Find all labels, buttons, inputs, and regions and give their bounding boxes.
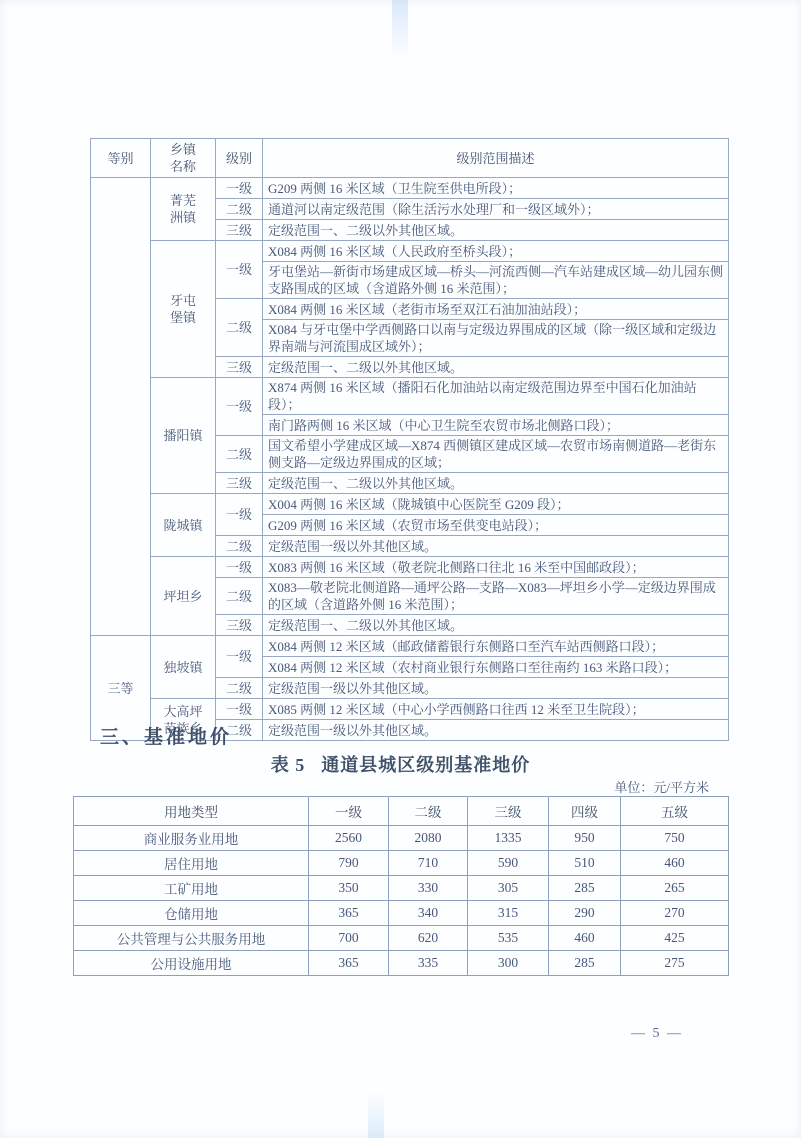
section-heading: 三、基准地价 <box>100 722 232 749</box>
level-3-column-header: 三级 <box>468 797 549 826</box>
price-cell: 620 <box>389 926 468 951</box>
level-2-column-header: 二级 <box>389 797 468 826</box>
description-cell: X083—敬老院北侧道路—通坪公路—支路—X083—坪坦乡小学—定级边界围成的区… <box>263 578 729 615</box>
table-row: 坪坦乡 一级 X083 两侧 16 米区域（敬老院北侧路口往北 16 米至中国邮… <box>91 557 729 578</box>
scan-streak-artifact <box>368 1092 384 1138</box>
land-type-cell: 公共管理与公共服务用地 <box>74 926 309 951</box>
description-cell: X084 两侧 12 米区域（邮政储蓄银行东侧路口至汽车站西侧路口段）； <box>263 636 729 657</box>
price-cell: 270 <box>621 901 729 926</box>
price-cell: 365 <box>309 951 389 976</box>
level-cell: 二级 <box>216 578 263 615</box>
land-type-cell: 工矿用地 <box>74 876 309 901</box>
table-row: 三等 独坡镇 一级 X084 两侧 12 米区域（邮政储蓄银行东侧路口至汽车站西… <box>91 636 729 657</box>
price-cell: 315 <box>468 901 549 926</box>
price-cell: 425 <box>621 926 729 951</box>
level-cell: 二级 <box>216 199 263 220</box>
price-cell: 340 <box>389 901 468 926</box>
price-cell: 305 <box>468 876 549 901</box>
price-cell: 590 <box>468 851 549 876</box>
description-cell: 定级范围一、二级以外其他区域。 <box>263 357 729 378</box>
township-cell: 陇城镇 <box>151 494 216 557</box>
scan-streak-artifact <box>392 0 408 58</box>
price-cell: 265 <box>621 876 729 901</box>
township-cell: 牙屯 堡镇 <box>151 241 216 378</box>
description-cell: X004 两侧 16 米区域（陇城镇中心医院至 G209 段）； <box>263 494 729 515</box>
price-cell: 1335 <box>468 826 549 851</box>
price-cell: 290 <box>549 901 621 926</box>
description-cell: 定级范围一、二级以外其他区域。 <box>263 220 729 241</box>
description-cell: 定级范围一、二级以外其他区域。 <box>263 473 729 494</box>
price-cell: 285 <box>549 951 621 976</box>
description-cell: X084 两侧 16 米区域（人民政府至桥头段）； <box>263 241 729 262</box>
price-cell: 950 <box>549 826 621 851</box>
unit-label: 单位：元/平方米 <box>614 777 709 796</box>
description-cell: 定级范围一级以外其他区域。 <box>263 720 729 741</box>
description-cell: X874 两侧 16 米区域（播阳石化加油站以南定级范围边界至中国石化加油站段）… <box>263 378 729 415</box>
level-cell: 三级 <box>216 615 263 636</box>
level-cell: 一级 <box>216 699 263 720</box>
description-cell: G209 两侧 16 米区域（农贸市场至供变电站段）； <box>263 515 729 536</box>
description-cell: 牙屯堡站—新街市场建成区域—桥头—河流西侧—汽车站建成区域—幼儿园东侧支路围成的… <box>263 262 729 299</box>
level-cell: 二级 <box>216 436 263 473</box>
description-cell: X084 两侧 12 米区域（农村商业银行东侧路口至往南约 163 米路口段）； <box>263 657 729 678</box>
level-1-column-header: 一级 <box>309 797 389 826</box>
township-cell: 播阳镇 <box>151 378 216 494</box>
price-cell: 2080 <box>389 826 468 851</box>
price-cell: 335 <box>389 951 468 976</box>
table-row: 陇城镇 一级 X004 两侧 16 米区域（陇城镇中心医院至 G209 段）； <box>91 494 729 515</box>
land-type-column-header: 用地类型 <box>74 797 309 826</box>
description-cell: 南门路两侧 16 米区域（中心卫生院至农贸市场北侧路口段）； <box>263 415 729 436</box>
description-cell: G209 两侧 16 米区域（卫生院至供电所段）； <box>263 178 729 199</box>
page-number: — 5 — <box>607 1026 707 1042</box>
land-type-cell: 仓储用地 <box>74 901 309 926</box>
level-cell: 一级 <box>216 557 263 578</box>
table-row: 工矿用地 350 330 305 285 265 <box>74 876 729 901</box>
price-cell: 285 <box>549 876 621 901</box>
description-column-header: 级别范围描述 <box>263 139 729 178</box>
level-cell: 三级 <box>216 473 263 494</box>
price-cell: 460 <box>549 926 621 951</box>
table-header-row: 等别 乡镇 名称 级别 级别范围描述 <box>91 139 729 178</box>
table-title-text: 通道县城区级别基准地价 <box>321 755 530 775</box>
description-cell: X084 与牙屯堡中学西侧路口以南与定级边界围成的区域（除一级区域和定级边界南端… <box>263 320 729 357</box>
table-row: 商业服务业用地 2560 2080 1335 950 750 <box>74 826 729 851</box>
table-row: 公用设施用地 365 335 300 285 275 <box>74 951 729 976</box>
table-row: 牙屯 堡镇 一级 X084 两侧 16 米区域（人民政府至桥头段）； <box>91 241 729 262</box>
level-cell: 二级 <box>216 536 263 557</box>
grade-cell <box>91 178 151 636</box>
description-cell: X085 两侧 12 米区域（中心小学西侧路口往西 12 米至卫生院段）； <box>263 699 729 720</box>
table-row: 居住用地 790 710 590 510 460 <box>74 851 729 876</box>
price-cell: 275 <box>621 951 729 976</box>
level-cell: 一级 <box>216 636 263 678</box>
level-range-table: 等别 乡镇 名称 级别 级别范围描述 菁芜 洲镇 一级 G209 两侧 16 米… <box>90 138 729 741</box>
description-cell: 通道河以南定级范围（除生活污水处理厂和一级区域外）； <box>263 199 729 220</box>
description-cell: 定级范围一级以外其他区域。 <box>263 678 729 699</box>
township-cell: 菁芜 洲镇 <box>151 178 216 241</box>
table-row: 菁芜 洲镇 一级 G209 两侧 16 米区域（卫生院至供电所段）； <box>91 178 729 199</box>
price-cell: 710 <box>389 851 468 876</box>
level-cell: 一级 <box>216 178 263 199</box>
grade-column-header: 等别 <box>91 139 151 178</box>
price-cell: 460 <box>621 851 729 876</box>
township-column-header: 乡镇 名称 <box>151 139 216 178</box>
price-cell: 750 <box>621 826 729 851</box>
document-page: 等别 乡镇 名称 级别 级别范围描述 菁芜 洲镇 一级 G209 两侧 16 米… <box>0 0 801 1138</box>
land-type-cell: 公用设施用地 <box>74 951 309 976</box>
table-row: 仓储用地 365 340 315 290 270 <box>74 901 729 926</box>
description-cell: X084 两侧 16 米区域（老街市场至双江石油加油站段）； <box>263 299 729 320</box>
table-row: 大高坪 苗族乡 一级 X085 两侧 12 米区域（中心小学西侧路口往西 12 … <box>91 699 729 720</box>
price-cell: 700 <box>309 926 389 951</box>
level-cell: 三级 <box>216 357 263 378</box>
township-cell: 坪坦乡 <box>151 557 216 636</box>
table-header-row: 用地类型 一级 二级 三级 四级 五级 <box>74 797 729 826</box>
price-cell: 365 <box>309 901 389 926</box>
price-cell: 2560 <box>309 826 389 851</box>
level-column-header: 级别 <box>216 139 263 178</box>
table-row: 公共管理与公共服务用地 700 620 535 460 425 <box>74 926 729 951</box>
price-cell: 790 <box>309 851 389 876</box>
township-cell: 独坡镇 <box>151 636 216 699</box>
table-row: 播阳镇 一级 X874 两侧 16 米区域（播阳石化加油站以南定级范围边界至中国… <box>91 378 729 415</box>
level-4-column-header: 四级 <box>549 797 621 826</box>
level-cell: 一级 <box>216 378 263 436</box>
level-cell: 一级 <box>216 494 263 536</box>
price-cell: 535 <box>468 926 549 951</box>
price-table-title: 表 5通道县城区级别基准地价 <box>0 751 801 777</box>
level-cell: 二级 <box>216 299 263 357</box>
price-cell: 510 <box>549 851 621 876</box>
land-type-cell: 居住用地 <box>74 851 309 876</box>
description-cell: 国文希望小学建成区域—X874 西侧镇区建成区域—农贸市场南侧道路—老街东侧支路… <box>263 436 729 473</box>
base-price-table: 用地类型 一级 二级 三级 四级 五级 商业服务业用地 2560 2080 13… <box>73 796 729 976</box>
land-type-cell: 商业服务业用地 <box>74 826 309 851</box>
level-cell: 二级 <box>216 678 263 699</box>
description-cell: X083 两侧 16 米区域（敬老院北侧路口往北 16 米至中国邮政段）； <box>263 557 729 578</box>
price-cell: 300 <box>468 951 549 976</box>
level-cell: 三级 <box>216 220 263 241</box>
level-5-column-header: 五级 <box>621 797 729 826</box>
description-cell: 定级范围一级以外其他区域。 <box>263 536 729 557</box>
level-cell: 一级 <box>216 241 263 299</box>
description-cell: 定级范围一、二级以外其他区域。 <box>263 615 729 636</box>
table-number-label: 表 5 <box>271 755 306 775</box>
price-cell: 350 <box>309 876 389 901</box>
price-cell: 330 <box>389 876 468 901</box>
